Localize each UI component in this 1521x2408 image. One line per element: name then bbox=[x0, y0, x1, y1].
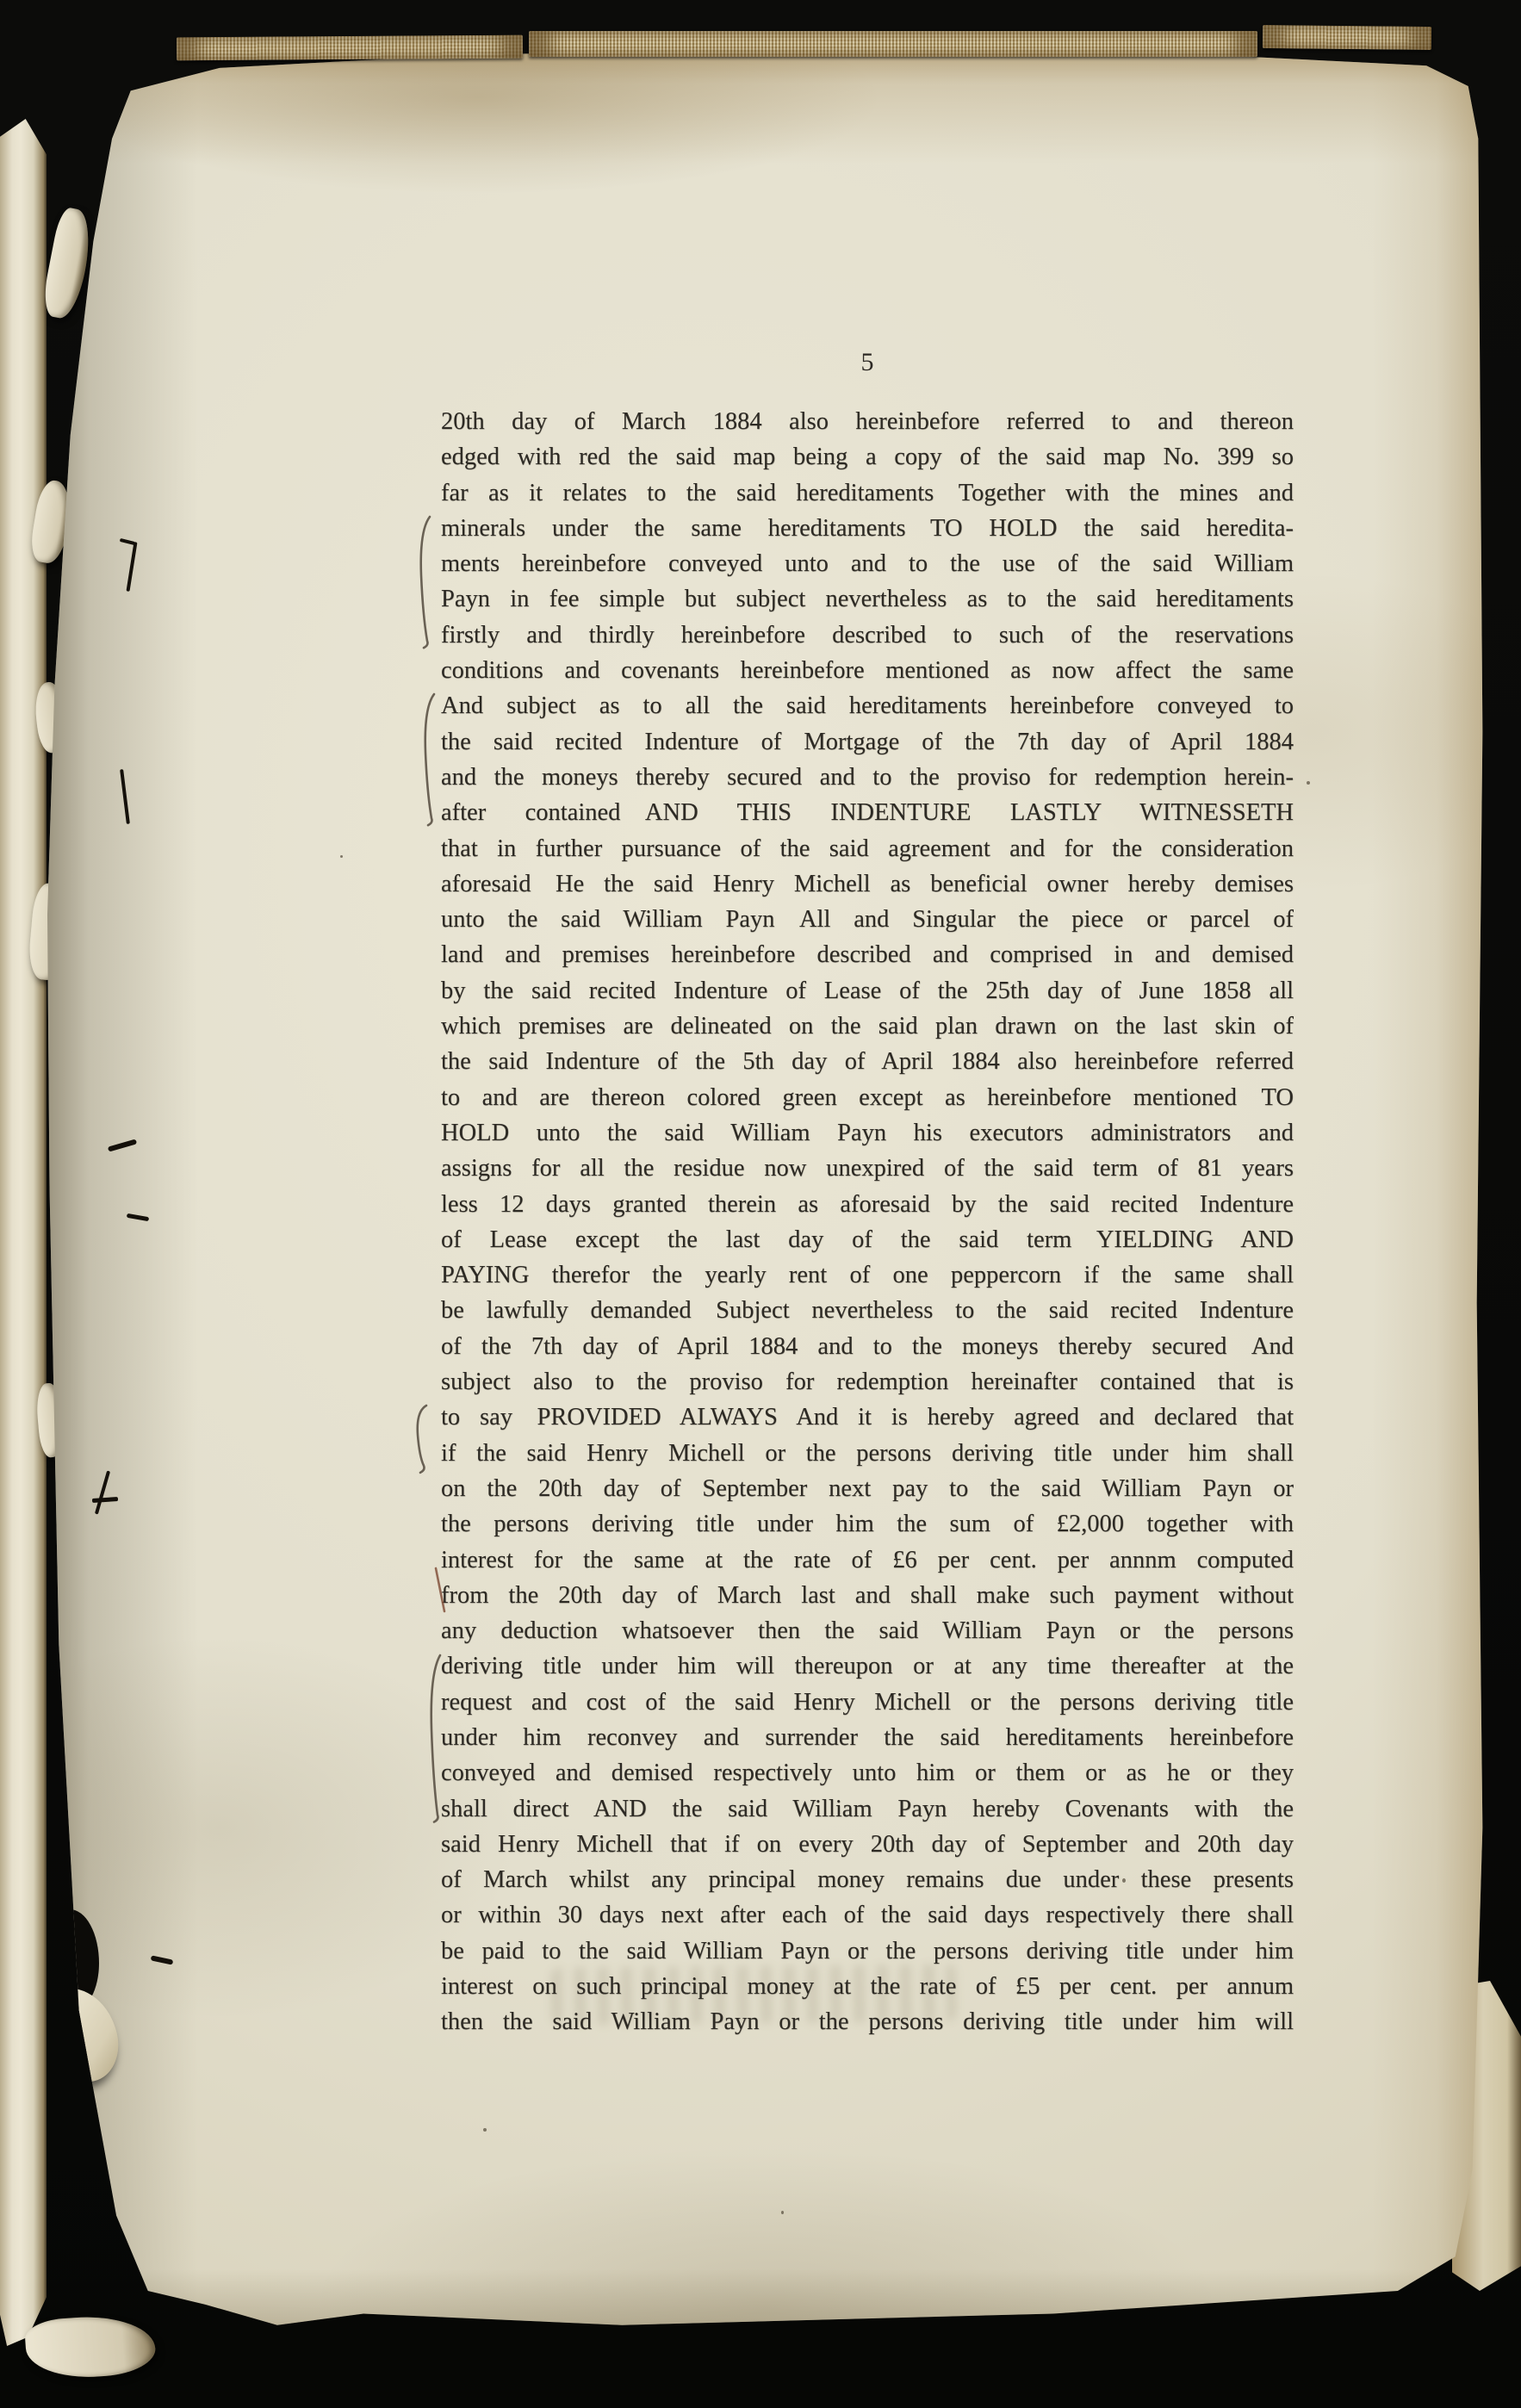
text-line: interest for the same at the rate of £6 … bbox=[441, 1542, 1294, 1578]
text-line: interest on such principal money at the … bbox=[441, 1969, 1294, 2004]
text-line: any deduction whatsoever then the said W… bbox=[441, 1613, 1294, 1648]
text-line: after contained AND THIS INDENTURE LASTL… bbox=[441, 795, 1294, 830]
text-line: of Lease except the last day of the said… bbox=[441, 1222, 1294, 1257]
torn-paper-flap bbox=[24, 2312, 158, 2381]
text-line: the said Indenture of the 5th day of Apr… bbox=[441, 1044, 1294, 1079]
text-line: 20th day of March 1884 also hereinbefore… bbox=[441, 404, 1294, 439]
scanned-book-page-photo: 5 20th day of March 1884 also hereinbefo… bbox=[0, 0, 1521, 2408]
text-line: aforesaid He the said Henry Michell as b… bbox=[441, 866, 1294, 902]
text-line: unto the said William Payn All and Singu… bbox=[441, 902, 1294, 937]
text-line: conditions and covenants hereinbefore me… bbox=[441, 653, 1294, 688]
text-line: request and cost of the said Henry Miche… bbox=[441, 1685, 1294, 1720]
text-line: said Henry Michell that if on every 20th… bbox=[441, 1827, 1294, 1862]
text-line: of the 7th day of April 1884 and to the … bbox=[441, 1329, 1294, 1364]
text-line: be lawfully demanded Subject nevertheles… bbox=[441, 1293, 1294, 1328]
binding-tape bbox=[529, 31, 1257, 57]
text-line: from the 20th day of March last and shal… bbox=[441, 1578, 1294, 1613]
text-line: which premises are delineated on the sai… bbox=[441, 1009, 1294, 1044]
text-line: edged with red the said map being a copy… bbox=[441, 439, 1294, 475]
text-line: deriving title under him will thereupon … bbox=[441, 1648, 1294, 1684]
text-line: less 12 days granted therein as aforesai… bbox=[441, 1187, 1294, 1222]
text-line: to say PROVIDED ALWAYS And it is hereby … bbox=[441, 1399, 1294, 1435]
text-line: ments hereinbefore conveyed unto and to … bbox=[441, 546, 1294, 581]
text-line: of March whilst any principal money rema… bbox=[441, 1862, 1294, 1897]
text-line: Payn in fee simple but subject neverthel… bbox=[441, 581, 1294, 617]
text-line: if the said Henry Michell or the persons… bbox=[441, 1436, 1294, 1471]
page-number: 5 bbox=[441, 348, 1294, 377]
text-line: on the 20th day of September next pay to… bbox=[441, 1471, 1294, 1506]
paper-speck bbox=[1307, 781, 1310, 785]
text-line: And subject as to all the said hereditam… bbox=[441, 688, 1294, 723]
text-line: subject also to the proviso for redempti… bbox=[441, 1364, 1294, 1399]
paper-speck bbox=[483, 2128, 487, 2132]
text-line: far as it relates to the said hereditame… bbox=[441, 475, 1294, 511]
text-line: PAYING therefor the yearly rent of one p… bbox=[441, 1257, 1294, 1293]
text-line: conveyed and demised respectively unto h… bbox=[441, 1755, 1294, 1790]
text-line: that in further pursuance of the said ag… bbox=[441, 831, 1294, 866]
text-line: HOLD unto the said William Payn his exec… bbox=[441, 1115, 1294, 1151]
torn-previous-page-stub bbox=[0, 119, 47, 2346]
text-line: shall direct AND the said William Payn h… bbox=[441, 1791, 1294, 1827]
binding-tape bbox=[177, 35, 523, 61]
text-line: to and are thereon colored green except … bbox=[441, 1080, 1294, 1115]
text-line: firstly and thirdly hereinbefore describ… bbox=[441, 618, 1294, 653]
paper-speck bbox=[340, 855, 343, 858]
text-line: be paid to the said William Payn or the … bbox=[441, 1933, 1294, 1969]
text-line: land and premises hereinbefore described… bbox=[441, 937, 1294, 972]
text-line: minerals under the same hereditaments TO… bbox=[441, 511, 1294, 546]
text-line: and the moneys thereby secured and to th… bbox=[441, 760, 1294, 795]
text-line: assigns for all the residue now unexpire… bbox=[441, 1151, 1294, 1186]
text-line: under him reconvey and surrender the sai… bbox=[441, 1720, 1294, 1755]
document-text: 20th day of March 1884 also hereinbefore… bbox=[441, 404, 1294, 2040]
binding-tape bbox=[1263, 25, 1431, 50]
text-line: then the said William Payn or the person… bbox=[441, 2004, 1294, 2039]
text-line: or within 30 days next after each of the… bbox=[441, 1897, 1294, 1933]
paper-speck bbox=[781, 2211, 784, 2214]
text-line: the persons deriving title under him the… bbox=[441, 1506, 1294, 1542]
text-line: by the said recited Indenture of Lease o… bbox=[441, 973, 1294, 1009]
text-line: the said recited Indenture of Mortgage o… bbox=[441, 724, 1294, 760]
